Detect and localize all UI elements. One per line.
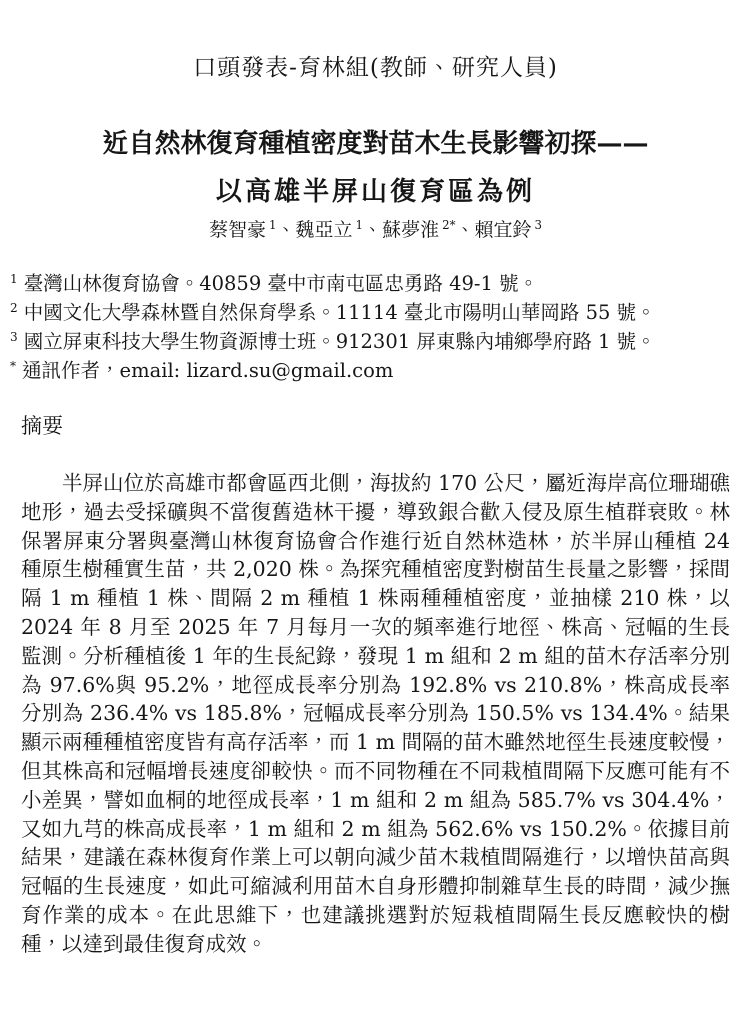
affiliation-marker: 1 xyxy=(10,272,18,286)
paper-title-line1: 近自然林復育種植密度對苗木生長影響初探—— xyxy=(102,129,648,159)
author-affiliation-marker: 1 xyxy=(356,218,364,232)
paper-title: 近自然林復育種植密度對苗木生長影響初探—— 以高雄半屏山復育區為例 xyxy=(21,120,730,216)
affiliation-marker: 2 xyxy=(10,301,18,315)
author-affiliation-marker: 2* xyxy=(442,218,455,232)
author-affiliation-marker: 1 xyxy=(269,218,277,232)
abstract-heading: 摘要 xyxy=(21,411,730,441)
author-affiliation-marker: 3 xyxy=(534,218,542,232)
author-separator: 、 xyxy=(277,219,296,241)
author-name: 賴宜鈴 xyxy=(474,219,531,241)
author-separator: 、 xyxy=(363,219,382,241)
affiliation-item: 1臺灣山林復育協會。40859 臺中市南屯區忠勇路 49-1 號。 xyxy=(10,269,730,298)
author-name: 蔡智豪 xyxy=(209,219,266,241)
author-separator: 、 xyxy=(455,219,474,241)
paper-title-line2: 以高雄半屏山復育區為例 xyxy=(216,177,535,207)
document-page: 口頭發表-育林組(教師、研究人員) 近自然林復育種植密度對苗木生長影響初探—— … xyxy=(0,0,747,1024)
author-name: 蘇夢淮 xyxy=(382,219,439,241)
abstract-paragraph: 半屏山位於高雄市都會區西北側，海拔約 170 公尺，屬近海岸高位珊瑚礁地形，過去… xyxy=(21,469,730,959)
affiliation-text: 臺灣山林復育協會。40859 臺中市南屯區忠勇路 49-1 號。 xyxy=(24,272,538,295)
affiliation-item: *通訊作者，email: lizard.su@gmail.com xyxy=(10,356,730,385)
affiliation-list: 1臺灣山林復育協會。40859 臺中市南屯區忠勇路 49-1 號。2中國文化大學… xyxy=(10,269,730,385)
affiliation-marker: 3 xyxy=(10,330,18,344)
affiliation-text: 國立屏東科技大學生物資源博士班。912301 屏東縣內埔鄉學府路 1 號。 xyxy=(24,330,656,353)
author-list: 蔡智豪1、魏亞立1、蘇夢淮2*、賴宜鈴3 xyxy=(21,216,730,245)
affiliation-marker: * xyxy=(10,359,16,373)
affiliation-text: 通訊作者，email: lizard.su@gmail.com xyxy=(22,359,393,382)
affiliation-text: 中國文化大學森林暨自然保育學系。11114 臺北市陽明山華岡路 55 號。 xyxy=(24,301,656,324)
session-heading: 口頭發表-育林組(教師、研究人員) xyxy=(21,52,730,84)
affiliation-item: 3國立屏東科技大學生物資源博士班。912301 屏東縣內埔鄉學府路 1 號。 xyxy=(10,327,730,356)
author-name: 魏亞立 xyxy=(296,219,353,241)
affiliation-item: 2中國文化大學森林暨自然保育學系。11114 臺北市陽明山華岡路 55 號。 xyxy=(10,298,730,327)
